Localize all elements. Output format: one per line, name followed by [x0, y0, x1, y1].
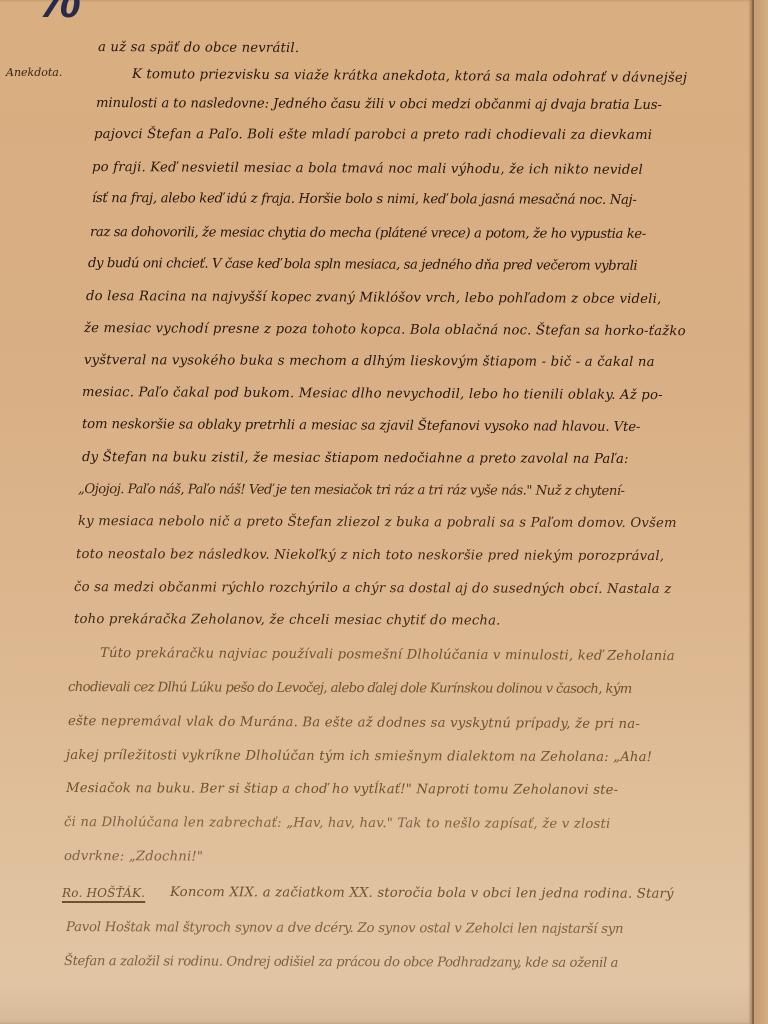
text-line: chodievali cez Dlhú Lúku pešo do Levočej… [68, 680, 632, 697]
margin-note-anecdote: Anekdota. [6, 66, 62, 79]
text-line: Mesiačok na buku. Ber si štiap a choď ho… [66, 781, 618, 798]
text-line: K tomuto priezvisku sa viaže krátka anek… [132, 67, 687, 86]
text-line: čo sa medzi občanmi rýchlo rozchýrilo a … [74, 580, 671, 597]
next-page-edge [754, 0, 768, 1024]
text-line: odvrkne: „Zdochni!" [64, 849, 203, 864]
page-number: 70 [40, 0, 80, 25]
text-line: toto neostalo bez následkov. Niekoľký z … [76, 547, 664, 564]
text-line: jakej príležitosti vykríkne Dlholúčan tý… [66, 748, 652, 765]
text-line: ky mesiaca nebolo nič a preto Štefan zli… [78, 514, 677, 531]
text-line: Pavol Hoštak mal štyroch synov a dve dcé… [66, 920, 623, 937]
text-line: minulosti a to nasledovne: Jedného času … [96, 96, 662, 113]
text-line: ešte nepremával vlak do Murána. Ba ešte … [68, 714, 640, 732]
text-line: toho prekáračka Zeholanov, že chceli mes… [74, 612, 501, 628]
text-line: že mesiac vychodí presne z poza tohoto k… [84, 321, 686, 339]
text-line: Koncom XIX. a začiatkom XX. storočia bol… [170, 885, 674, 902]
text-line: či na Dlholúčana len zabrechať: „Hav, ha… [64, 815, 610, 832]
text-line: raz sa dohovorili, že mesiac chytia do m… [90, 225, 646, 242]
manuscript-page: 70 Anekdota. a už sa späť do obce nevrát… [0, 0, 752, 1024]
text-line: Štefan a založil si rodinu. Ondrej odiši… [64, 954, 618, 971]
text-line: tom neskoršie sa oblaky pretrhli a mesia… [82, 417, 640, 435]
text-line: dy budú oni chcieť. V čase keď bola spln… [88, 256, 637, 274]
text-line: do lesa Racina na najvyšší kopec zvaný M… [86, 289, 661, 307]
text-line: mesiac. Paľo čakal pod bukom. Mesiac dlh… [82, 385, 663, 403]
text-line: „Ojojoj. Paľo náš, Paľo náš! Veď je ten … [78, 482, 625, 499]
text-line: dy Štefan na buku zistil, že mesiac štia… [82, 450, 629, 467]
text-line: pajovci Štefan a Paľo. Boli ešte mladí p… [94, 127, 652, 143]
text-line: ísť na fraj, alebo keď idú z fraja. Horš… [92, 191, 637, 208]
bottom-shade [0, 984, 752, 1024]
text-line: Túto prekáračku najviac používali posmeš… [100, 646, 675, 664]
text-line: vyštveral na vysokého buka s mechom a dl… [84, 353, 655, 370]
section-heading-surname: Ro. HOŠŤÁK. [62, 886, 145, 900]
text-line: po fraji. Keď nesvietil mesiac a bola tm… [92, 160, 643, 178]
text-line: a už sa späť do obce nevrátil. [98, 40, 299, 56]
